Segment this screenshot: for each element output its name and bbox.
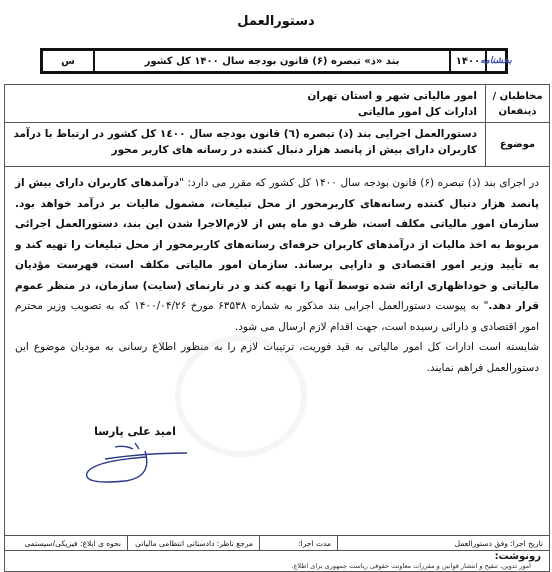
subject-row: موضوع دستورالعمل اجرایی بند (ذ) تبصره (٦… (5, 123, 549, 167)
signature-block: امید علی پارسا (75, 425, 195, 495)
document-title: دستورالعمل (0, 14, 552, 29)
addressees-row: مخاطبان / ذینفعان امور مالیاتی شهر و است… (5, 85, 549, 123)
execution-duration: مدت اجرا: (259, 536, 337, 550)
addressee-line: ادارات کل امور مالیاتی (13, 104, 477, 120)
supervising-authority: مرجع ناظر: دادستانی انتظامی مالیاتی (127, 536, 259, 550)
header-bar: بخشنامه ۱۴۰۰ بند «ذ» تبصره (۶) قانون بود… (40, 48, 508, 74)
addressees-value: امور مالیاتی شهر و استان تهران ادارات کل… (5, 85, 485, 122)
execution-date: تاریخ اجرا: وفق دستورالعمل (337, 536, 549, 550)
subject-label: موضوع (485, 123, 549, 166)
body-quote: درآمدهای کاربران دارای بیش از پانصد هزار… (15, 177, 539, 312)
subject-value: دستورالعمل اجرایی بند (ذ) تبصره (٦) قانو… (5, 123, 485, 166)
cc-section: رونوشت: امور تدوین، تنقیح و انتشار قوانی… (5, 551, 549, 570)
footer-info-row: تاریخ اجرا: وفق دستورالعمل مدت اجرا: مرج… (5, 535, 549, 551)
header-classification: س (43, 51, 93, 71)
header-year: ۱۴۰۰ (449, 51, 485, 71)
cc-title: رونوشت: (13, 551, 541, 562)
signature-scribble-icon (75, 439, 195, 489)
addressees-label: مخاطبان / ذینفعان (485, 85, 549, 122)
body-intro: در اجرای بند (ذ) تبصره (۶) قانون بودجه س… (179, 177, 539, 189)
cc-item: امور تدوین، تنقیح و انتشار قوانین و مقرر… (13, 562, 541, 570)
addressee-line: امور مالیاتی شهر و استان تهران (13, 88, 477, 104)
document-frame: مخاطبان / ذینفعان امور مالیاتی شهر و است… (4, 84, 550, 572)
header-subject: بند «ذ» تبصره (۶) قانون بودجه سال ۱۴۰۰ ک… (93, 51, 449, 71)
signatory-name: امید علی پارسا (75, 425, 195, 438)
body-paragraph-1: در اجرای بند (ذ) تبصره (۶) قانون بودجه س… (15, 173, 539, 337)
body-continuation: " به پیوست دستورالعمل اجرایی بند مذکور ب… (15, 300, 539, 333)
circular-logo-icon: بخشنامه (485, 51, 505, 71)
notification-method: نحوه ی ابلاغ: فیزیکی/سیستمی (5, 536, 127, 550)
